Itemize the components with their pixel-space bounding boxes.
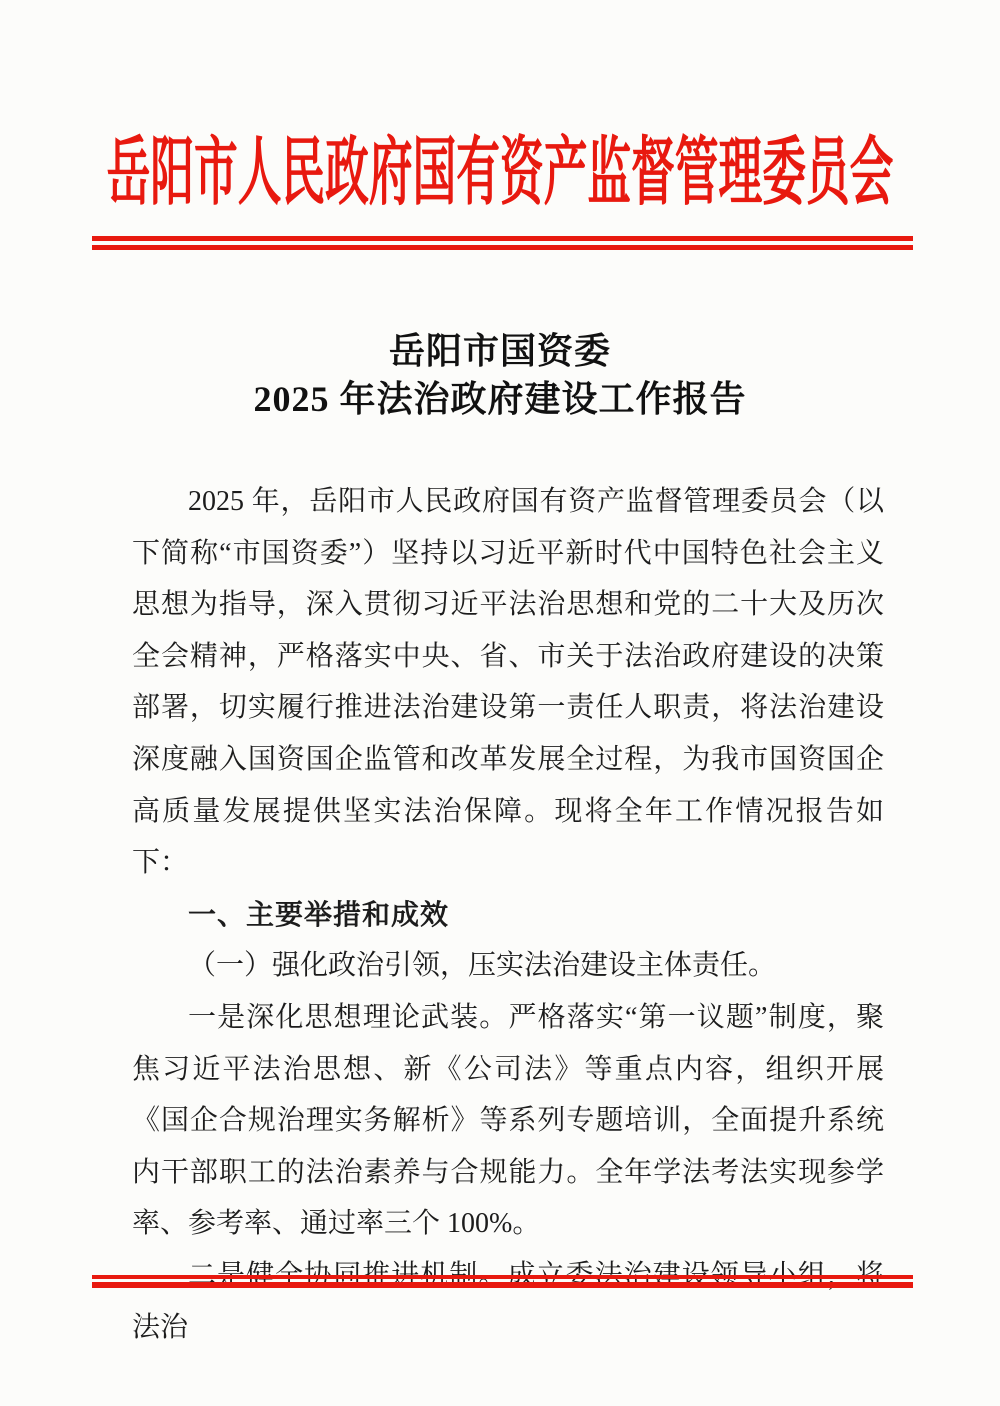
header-rule-line-2 bbox=[92, 245, 913, 250]
paragraph-point-two: 二是健全协同推进机制。成立委法治建设领导小组，将法治 bbox=[132, 1250, 884, 1353]
header-rule-line-1 bbox=[92, 236, 913, 241]
footer-rule-line-2 bbox=[92, 1282, 913, 1288]
header-double-rule bbox=[92, 236, 913, 250]
letterhead-org-title: 岳阳市人民政府国有资产监督管理委员会 bbox=[35, 101, 965, 246]
document-title: 岳阳市国资委 2025 年法治政府建设工作报告 bbox=[0, 327, 1000, 423]
section-heading-main-measures: 一、主要举措和成效 bbox=[132, 889, 884, 941]
footer-double-rule bbox=[92, 1275, 913, 1288]
paragraph-intro: 2025 年，岳阳市人民政府国有资产监督管理委员会（以下简称“市国资委”）坚持以… bbox=[132, 476, 884, 889]
document-title-line2: 2025 年法治政府建设工作报告 bbox=[0, 375, 1000, 423]
document-page: 岳阳市人民政府国有资产监督管理委员会 岳阳市国资委 2025 年法治政府建设工作… bbox=[0, 0, 1000, 1406]
document-body: 2025 年，岳阳市人民政府国有资产监督管理委员会（以下简称“市国资委”）坚持以… bbox=[132, 476, 884, 1353]
footer-rule-line-1 bbox=[92, 1275, 913, 1279]
paragraph-point-one: 一是深化思想理论武装。严格落实“第一议题”制度，聚焦习近平法治思想、新《公司法》… bbox=[132, 992, 884, 1250]
subsection-heading-political-guidance: （一）强化政治引领，压实法治建设主体责任。 bbox=[132, 940, 884, 992]
document-title-line1: 岳阳市国资委 bbox=[0, 327, 1000, 375]
